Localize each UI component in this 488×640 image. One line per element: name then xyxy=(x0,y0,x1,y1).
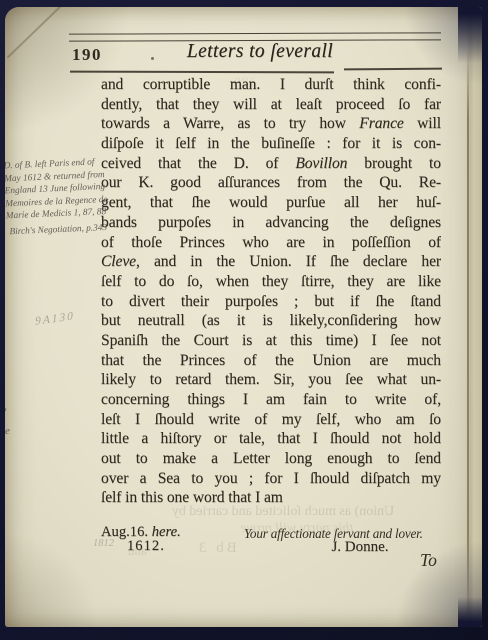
text-line: towards a Warre, as to try how France wi… xyxy=(101,114,441,134)
text-line: likely to retard them. Sir, you ſee what… xyxy=(101,370,441,390)
text-line: Spaniſh the Court is at this time) I ſee… xyxy=(101,331,441,351)
text-line: and corruptible man. I durſt think confi… xyxy=(101,75,441,95)
text-segment: concerning things I am fain to write of, xyxy=(101,391,441,408)
signature: J. Donne. xyxy=(300,539,420,556)
text-segment: leſt I ſhould write of my ſelf, who am ſ… xyxy=(101,411,441,428)
text-segment: but neutrall (as it is likely,conſiderin… xyxy=(101,312,441,329)
text-segment: our K. good aſſurances from the Qu. Re- xyxy=(101,174,441,191)
text-line: leſt I ſhould write of my ſelf, who am ſ… xyxy=(101,410,441,430)
text-line: diſpoſe it ſelf in the buſineſſe : for i… xyxy=(101,134,441,154)
text-segment: ſelf to do ſo, when they ſtirre, they ar… xyxy=(101,273,441,290)
text-segment: to divert their purpoſes ; but if ſhe ſt… xyxy=(101,293,441,310)
header-rule-left-segment xyxy=(70,71,334,74)
text-line: but neutrall (as it is likely,conſiderin… xyxy=(101,311,441,331)
show-through-signature-mark: Bb 3 xyxy=(196,540,237,557)
text-segment: diſpoſe it ſelf in the buſineſſe : for i… xyxy=(101,135,441,152)
text-segment: towards a Warre, as to try how xyxy=(101,115,359,132)
text-line: out to make a Letter long enough to ſend xyxy=(101,449,441,469)
text-segment: over a Sea to you ; for I ſhould diſpatc… xyxy=(101,470,441,487)
running-head: Letters to ſeverall xyxy=(150,41,370,63)
text-line: little a hiſtory or tale, that I ſhould … xyxy=(101,429,441,449)
text-line: that the Princes of the Union are much xyxy=(101,351,441,371)
text-segment: little a hiſtory or tale, that I ſhould … xyxy=(101,430,441,447)
text-segment: gent, that ſhe would purſue all her huſ- xyxy=(101,194,441,211)
pencil-shelf-mark: 9A130 xyxy=(35,310,75,328)
text-segment: ceived that the D. of xyxy=(101,155,295,172)
text-line: Cleve, and in the Union. If ſhe declare … xyxy=(101,252,441,272)
text-segment: brought to xyxy=(347,155,441,172)
text-line: ſelf in this one word that I am xyxy=(101,488,441,508)
catchword: To xyxy=(420,550,437,571)
text-segment: dently, that they will at leaſt proceed … xyxy=(101,96,441,113)
edge-writing-fragment: y xyxy=(5,403,6,418)
text-line: ceived that the D. of Bovillon brought t… xyxy=(101,154,441,174)
handwritten-margin-note: D. of B. left Paris end ofMay 1612 & ret… xyxy=(5,156,117,239)
text-line: our K. good aſſurances from the Qu. Re- xyxy=(101,173,441,193)
text-segment: that the Princes of the Union are much xyxy=(101,352,441,369)
binding-shadow-top-right xyxy=(458,7,482,63)
text-segment: and corruptible man. I durſt think confi… xyxy=(101,76,441,93)
book-scan: 180 Union) as much ſolicited and carried… xyxy=(0,0,488,640)
text-line: bands purpoſes in advancing the deſignes xyxy=(101,213,441,233)
ink-speck xyxy=(151,57,154,60)
text-segment: bands purpoſes in advancing the deſignes xyxy=(101,214,441,231)
italic-word: Bovillon xyxy=(295,155,347,172)
text-line: gent, that ſhe would purſue all her huſ- xyxy=(101,193,441,213)
italic-word: France xyxy=(359,115,403,132)
text-segment: Spaniſh the Court is at this time) I ſee… xyxy=(101,332,441,349)
text-line: ſelf to do ſo, when they ſtirre, they ar… xyxy=(101,272,441,292)
edge-writing-fragment: le xyxy=(5,425,10,437)
page-crease xyxy=(467,49,469,627)
page-number: 190 xyxy=(72,45,102,65)
corner-crease xyxy=(7,7,62,58)
book-page: 180 Union) as much ſolicited and carried… xyxy=(5,7,482,627)
text-segment: likely to retard them. Sir, you ſee what… xyxy=(101,371,441,388)
text-line: of thoſe Princes who are in poſſeſſion o… xyxy=(101,233,441,253)
text-line: to divert their purpoſes ; but if ſhe ſt… xyxy=(101,292,441,312)
text-line: over a Sea to you ; for I ſhould diſpatc… xyxy=(101,469,441,489)
text-segment: out to make a Letter long enough to ſend xyxy=(101,450,441,467)
text-line: dently, that they will at leaſt proceed … xyxy=(101,95,441,115)
header-rule-right-segment xyxy=(344,68,442,71)
text-segment: of thoſe Princes who are in poſſeſſion o… xyxy=(101,234,441,251)
text-segment: ſelf in this one word that I am xyxy=(101,489,283,506)
text-segment: , and in the Union. If ſhe declare her xyxy=(136,253,441,270)
text-line: concerning things I am fain to write of, xyxy=(101,390,441,410)
letter-year: 1612. xyxy=(127,538,165,555)
binding-shadow-bottom-right xyxy=(458,597,482,627)
letter-body: and corruptible man. I durſt think confi… xyxy=(101,75,441,508)
text-segment: will xyxy=(404,115,441,132)
italic-word: Cleve xyxy=(101,253,136,270)
